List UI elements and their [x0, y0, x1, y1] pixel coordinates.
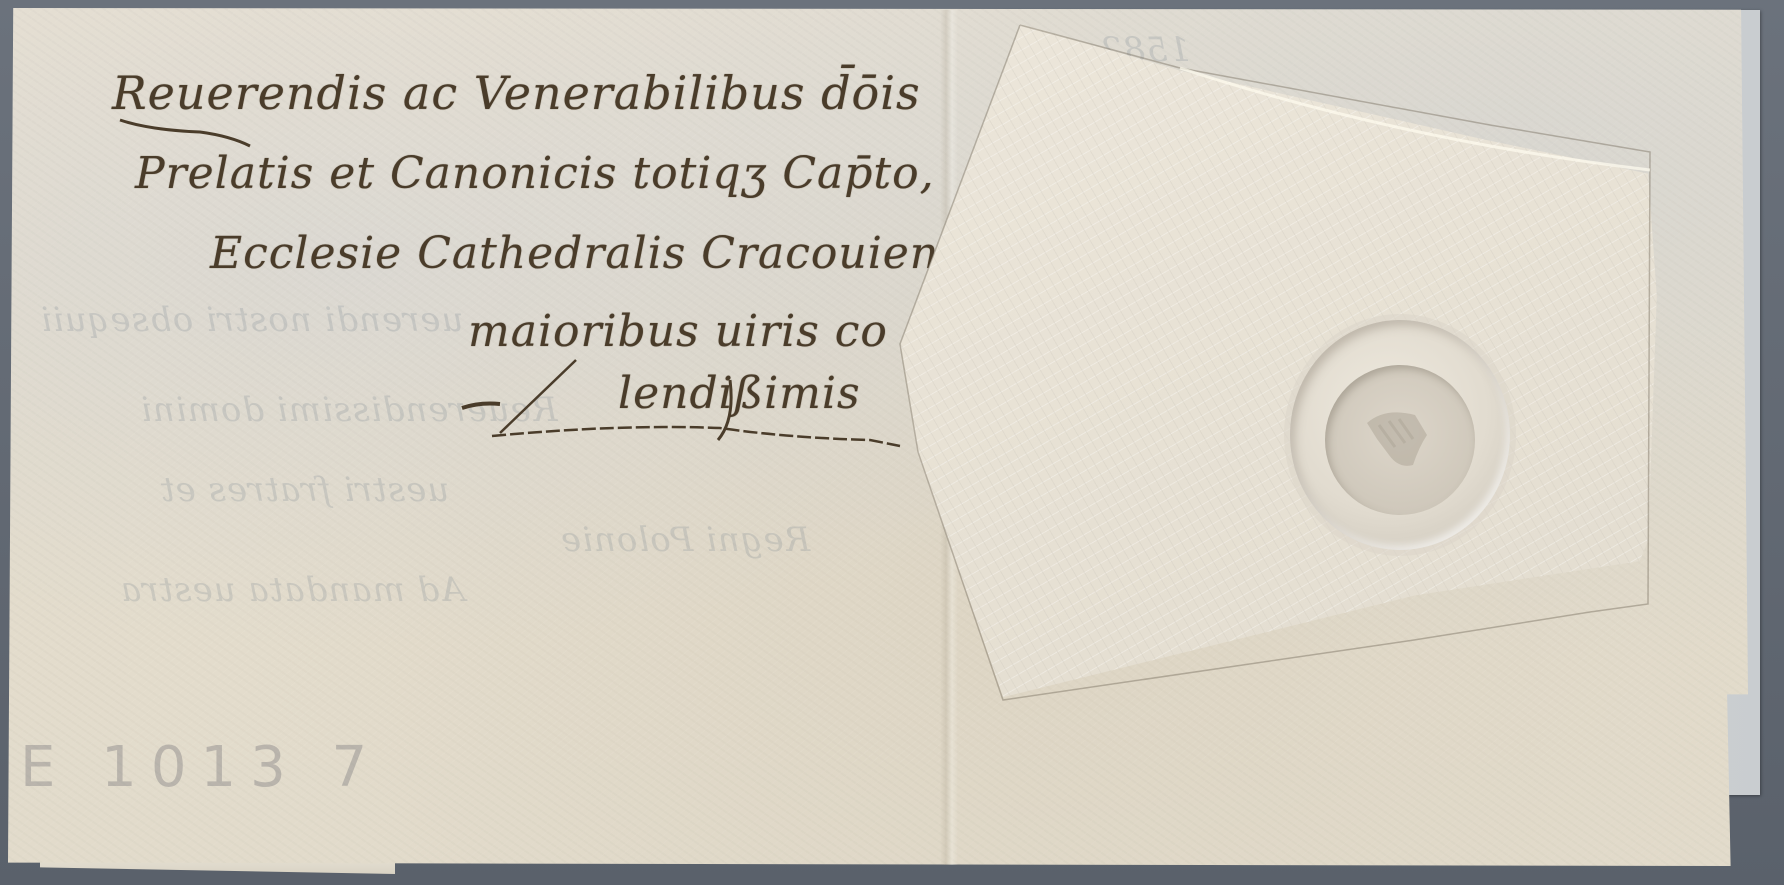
- seal-impression: [1325, 365, 1475, 515]
- pencil-annotation: E 1013 7: [20, 735, 381, 800]
- bleed-through-text: Ad mandata uestra: [120, 570, 465, 610]
- paraph-flourish-icon: [0, 0, 960, 470]
- address-block: Reuerendis ac Venerabilibus d̄ōis Prela…: [0, 0, 960, 460]
- embossed-seal: [1290, 320, 1510, 550]
- bleed-through-text: Regni Polonie: [560, 520, 810, 560]
- bleed-through-text: uestri fratres et: [160, 470, 449, 510]
- seal-crest-icon: [1355, 395, 1445, 485]
